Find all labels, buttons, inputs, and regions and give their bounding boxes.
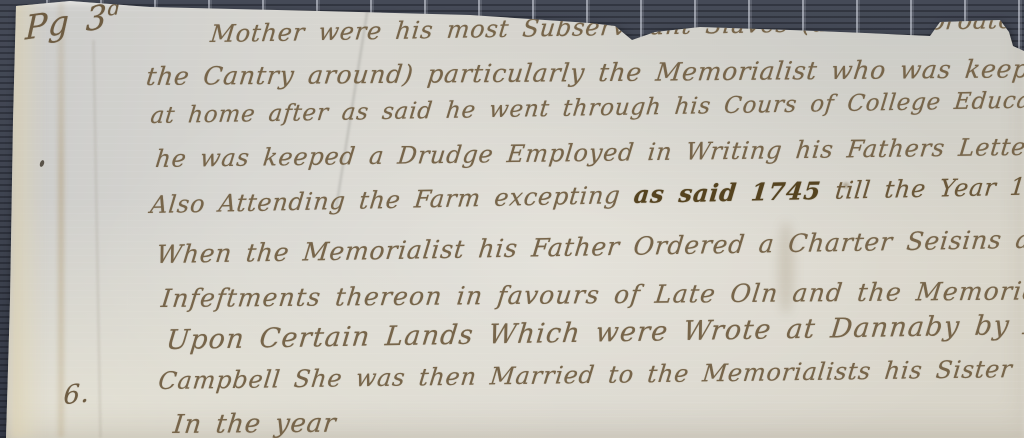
handwritten-line: Also Attending the Farm excepting as sai… <box>149 171 1024 219</box>
handwritten-line: When the Memorialist his Father Ordered … <box>155 224 1024 269</box>
handwritten-line: Campbell She was then Married to the Mem… <box>157 355 1014 395</box>
line-segment: Also Attending the Farm excepting <box>149 181 635 219</box>
paper-stain-line <box>58 0 64 438</box>
line-segment-emphasized: as said 1745 <box>633 176 837 209</box>
page-marker-superscript: d <box>107 0 121 21</box>
handwritten-line: he was keeped a Drudge Employed in Writi… <box>154 132 1024 173</box>
page-marker-text: Pg 3 <box>25 0 109 48</box>
paper-crease <box>93 40 102 438</box>
handwritten-line: at home after as said he went through hi… <box>149 87 1024 129</box>
handwritten-line: Infeftments thereon in favours of Late O… <box>160 276 1024 313</box>
handwritten-line: Upon Certain Lands Which were Wrote at D… <box>165 309 1024 356</box>
page-marker: Pg 3d <box>25 0 122 48</box>
paper-edge-discoloration <box>12 0 46 438</box>
handwritten-line-partial: In the year <box>172 409 338 438</box>
handwritten-line: Mother were his most Subservieant Slaves… <box>209 5 1024 48</box>
line-segment: till the Year 1749 <box>834 172 1024 205</box>
photo-background-fabric: Pg 3d Mother were his most Subservieant … <box>0 0 1024 438</box>
manuscript-page: Pg 3d Mother were his most Subservieant … <box>0 0 1024 438</box>
handwritten-line: the Cantry around) particularly the Memo… <box>145 54 1024 91</box>
manuscript-photo: Pg 3d Mother were his most Subservieant … <box>0 0 1024 438</box>
margin-number: 6. <box>63 378 90 411</box>
